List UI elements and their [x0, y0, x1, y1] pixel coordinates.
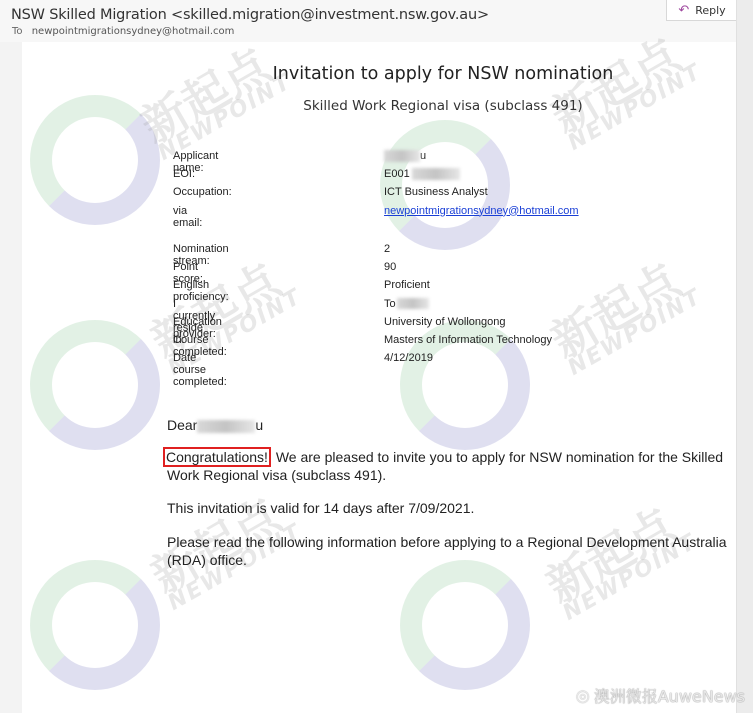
email-link[interactable]: newpointmigrationsydney@hotmail.com: [384, 205, 579, 217]
detail-value: 90: [384, 261, 396, 273]
email-body-pane: [22, 42, 736, 713]
detail-label: EOI:: [173, 168, 195, 180]
left-margin: [0, 42, 22, 713]
reply-label: Reply: [695, 4, 725, 17]
detail-label: Date course completed:: [173, 352, 227, 388]
reply-arrow-icon: ↶: [678, 4, 689, 17]
detail-value: 2: [384, 243, 390, 255]
weibo-icon: ◎: [576, 686, 590, 705]
congrats-highlight: Congratulations!: [163, 447, 271, 467]
detail-label: via email:: [173, 205, 202, 229]
detail-value: Masters of Information Technology: [384, 334, 552, 346]
detail-value: Proficient: [384, 279, 430, 291]
email-title: Invitation to apply for NSW nomination: [0, 64, 753, 84]
sender: NSW Skilled Migration <skilled.migration…: [11, 7, 489, 23]
detail-value: University of Wollongong: [384, 316, 505, 328]
recipient-address: newpointmigrationsydney@hotmail.com: [32, 26, 235, 37]
redacted-block: [397, 298, 429, 309]
email-header: NSW Skilled Migration <skilled.migration…: [0, 0, 753, 42]
validity-paragraph: This invitation is valid for 14 days aft…: [167, 499, 727, 517]
recipient-line: To newpointmigrationsydney@hotmail.com: [12, 26, 234, 37]
detail-value-text: To: [384, 298, 396, 310]
greeting: Dearu: [167, 416, 727, 434]
detail-value: newpointmigrationsydney@hotmail.com: [384, 205, 579, 217]
congrats-paragraph: Congratulations! We are pleased to invit…: [167, 448, 727, 484]
email-subtitle: Skilled Work Regional visa (subclass 491…: [0, 98, 753, 114]
detail-label: Occupation:: [173, 186, 232, 198]
reply-button[interactable]: ↶ Reply: [666, 0, 738, 21]
redacted-block: [384, 150, 420, 162]
greeting-suffix: u: [255, 417, 263, 433]
detail-value-text: u: [420, 150, 426, 162]
redacted-block: [197, 420, 255, 433]
detail-value: ICT Business Analyst: [384, 186, 488, 198]
detail-value-text: E001: [384, 168, 410, 180]
source-label: 澳洲微报AuweNews: [594, 684, 745, 707]
detail-value: 4/12/2019: [384, 352, 433, 364]
detail-value: u: [384, 150, 426, 162]
detail-value: To: [384, 298, 429, 310]
instruction-paragraph: Please read the following information be…: [167, 533, 727, 569]
source-watermark: ◎ 澳洲微报AuweNews: [576, 684, 745, 707]
to-label: To: [12, 26, 23, 37]
detail-value: E001: [384, 168, 460, 180]
redacted-block: [412, 168, 460, 180]
greeting-prefix: Dear: [167, 417, 197, 433]
